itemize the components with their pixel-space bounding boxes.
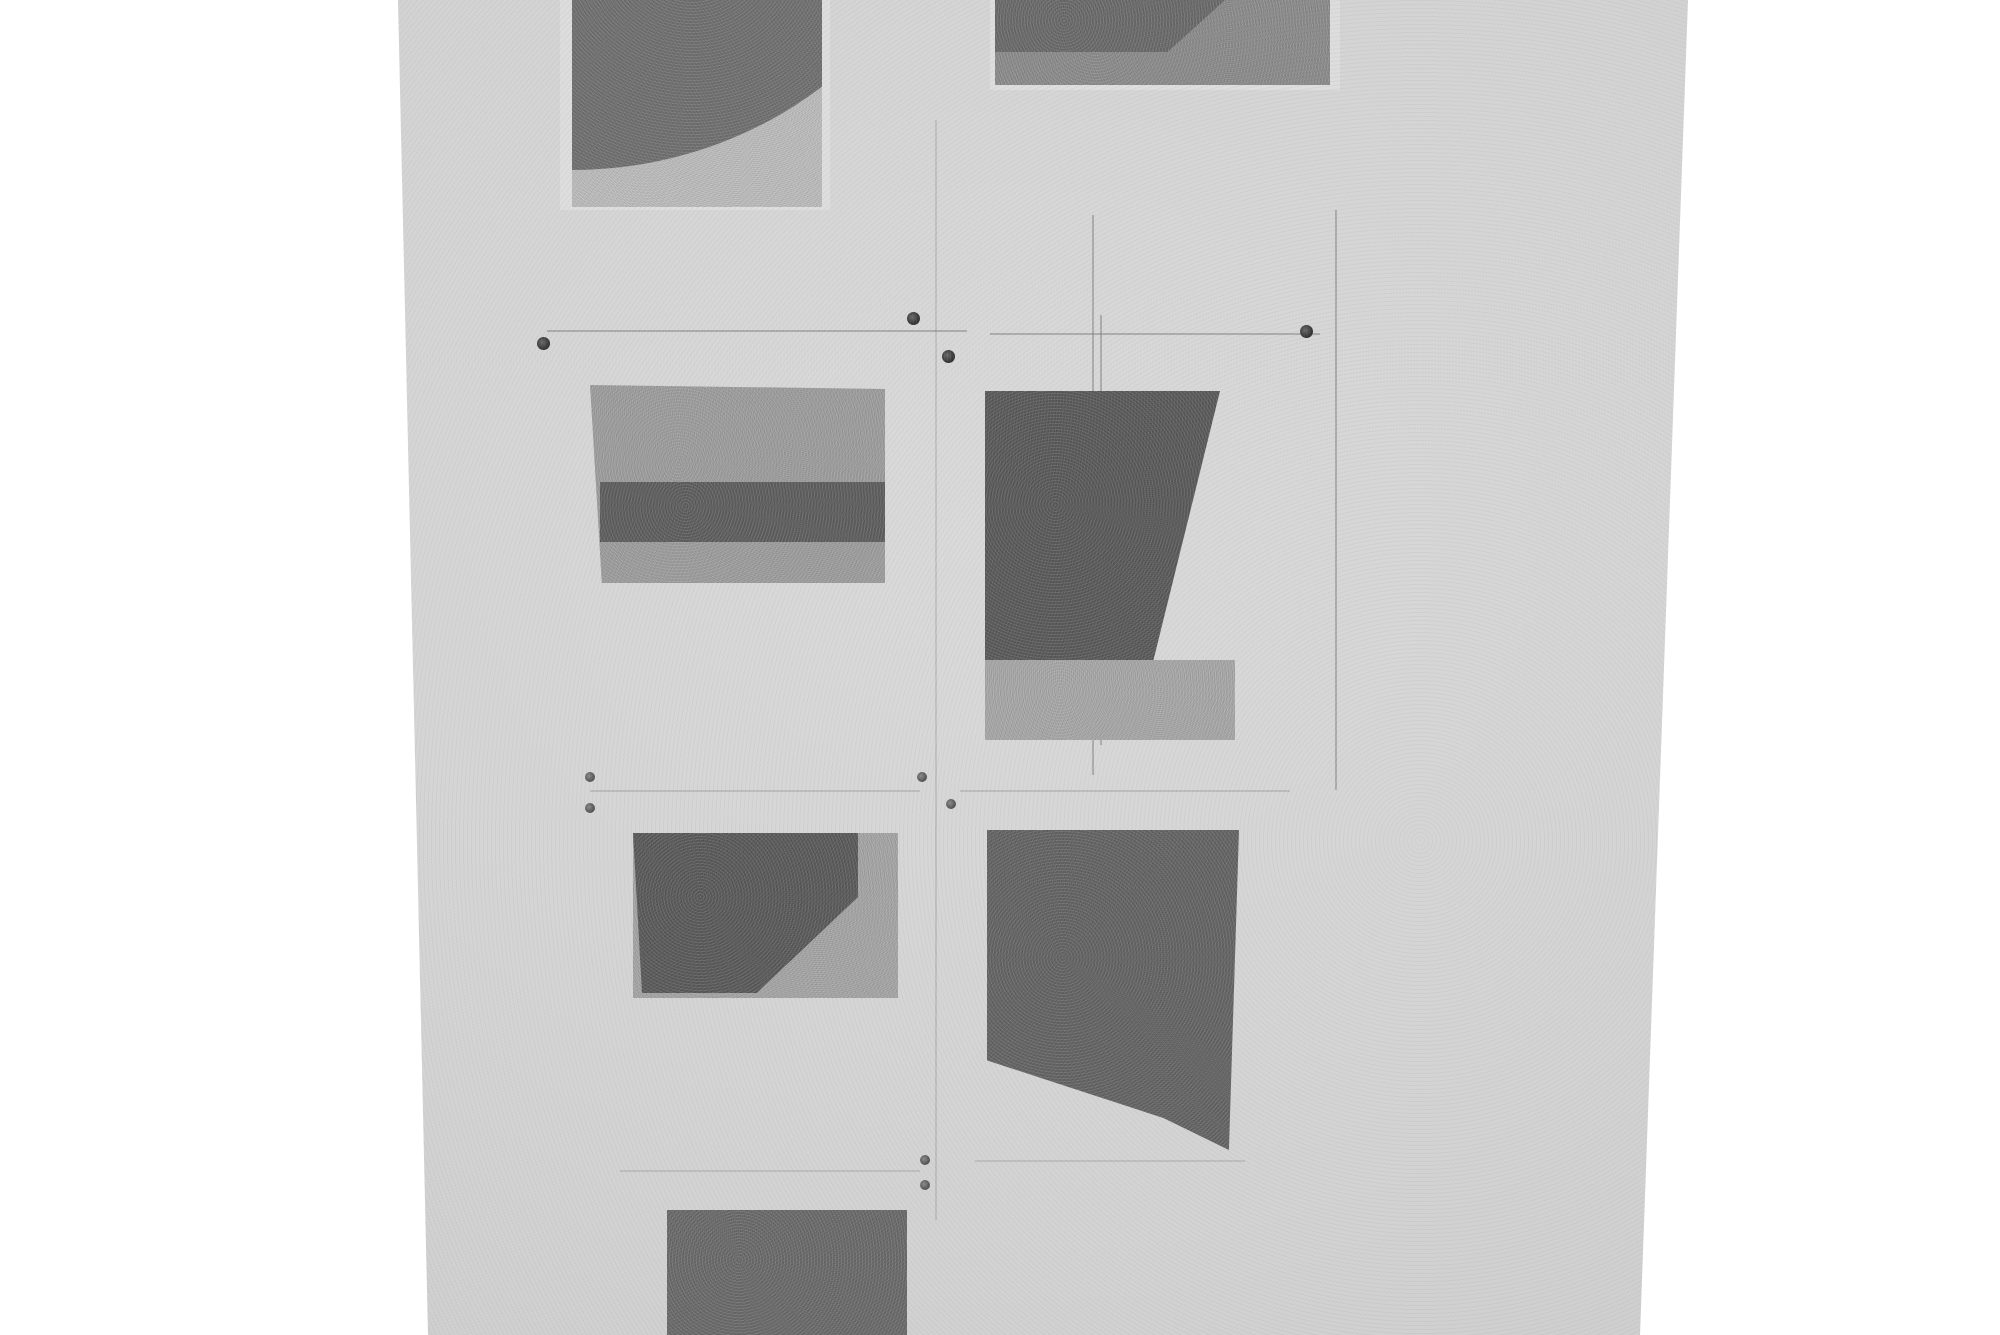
middle-right-shadow-panel xyxy=(985,660,1235,740)
pencil-line xyxy=(547,330,967,332)
pin xyxy=(585,772,595,782)
lower-right-panel xyxy=(987,830,1239,1150)
pin xyxy=(585,803,595,813)
pencil-line xyxy=(1335,210,1337,790)
pin xyxy=(920,1155,930,1165)
pin xyxy=(942,350,955,363)
pencil-line xyxy=(620,1170,920,1172)
pin xyxy=(1300,325,1313,338)
pencil-line xyxy=(935,120,937,1220)
bottom-left-panel xyxy=(667,1210,907,1335)
pencil-line xyxy=(590,790,920,792)
pin xyxy=(917,772,927,782)
pencil-line xyxy=(975,1160,1245,1162)
pin xyxy=(907,312,920,325)
middle-right-trapezoid-panel xyxy=(985,391,1220,676)
pencil-line xyxy=(990,333,1320,335)
pin xyxy=(946,799,956,809)
printed-sheet xyxy=(0,0,2000,1335)
pencil-line xyxy=(960,790,1290,792)
middle-left-horizon-band xyxy=(600,482,885,542)
pin xyxy=(920,1180,930,1190)
pin xyxy=(537,337,550,350)
